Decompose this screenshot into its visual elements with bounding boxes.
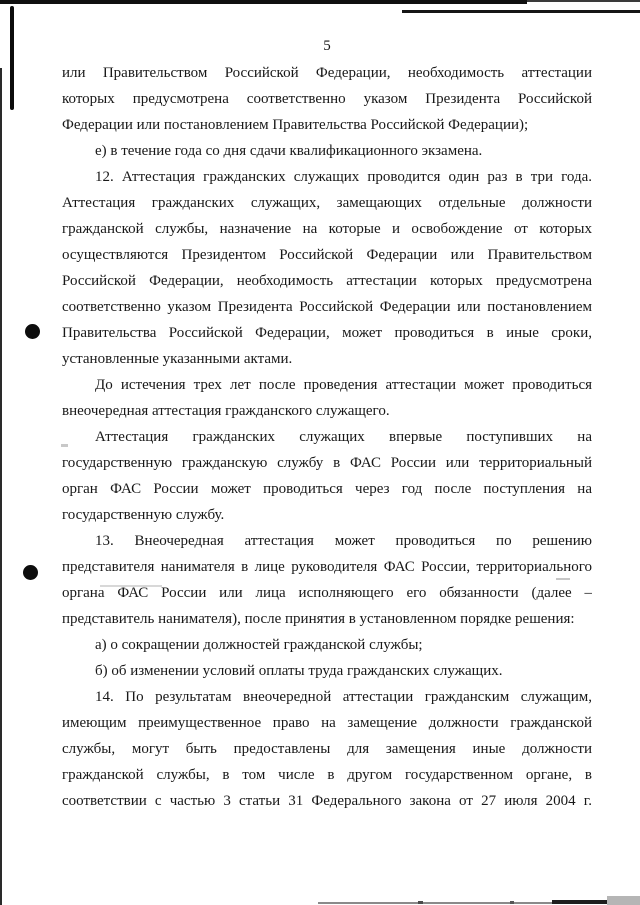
text-line: Аттестация гражданских служащих впервые … bbox=[62, 424, 592, 450]
text-line: Правительства Российской Федерации, може… bbox=[62, 320, 592, 346]
text-line: Аттестация гражданских служащих, замещаю… bbox=[62, 190, 592, 216]
page-number: 5 bbox=[62, 38, 592, 55]
scan-bottom-dark-segment bbox=[552, 900, 608, 904]
scan-left-corner-mark bbox=[10, 6, 14, 110]
scan-bottom-tick bbox=[418, 901, 423, 904]
text-line: а) о сокращении должностей гражданской с… bbox=[62, 632, 592, 658]
scan-top-right-line bbox=[402, 10, 640, 13]
text-line: 14. По результатам внеочередной аттестац… bbox=[62, 684, 592, 710]
text-line: Российской Федерации, необходимость атте… bbox=[62, 268, 592, 294]
text-line: осуществляются Президентом Российской Фе… bbox=[62, 242, 592, 268]
scan-noise-speck bbox=[100, 585, 162, 587]
text-line: внеочередная аттестация гражданского слу… bbox=[62, 398, 592, 424]
text-line: гражданской службы, назначение на которы… bbox=[62, 216, 592, 242]
scan-bottom-tick bbox=[510, 901, 514, 904]
text-line: 12. Аттестация гражданских служащих пров… bbox=[62, 164, 592, 190]
punch-hole-top bbox=[25, 324, 40, 339]
text-line: соответствии с частью 3 статьи 31 Федера… bbox=[62, 788, 592, 814]
text-line: соответственно указом Президента Российс… bbox=[62, 294, 592, 320]
text-line: До истечения трех лет после проведения а… bbox=[62, 372, 592, 398]
text-line: Федерации или постановлением Правительст… bbox=[62, 112, 592, 138]
text-line: представитель нанимателя), после приняти… bbox=[62, 606, 592, 632]
text-line: государственную гражданскую службу в ФАС… bbox=[62, 450, 592, 476]
text-line: имеющим преимущественное право на замеще… bbox=[62, 710, 592, 736]
text-line: или Правительством Российской Федерации,… bbox=[62, 60, 592, 86]
text-line: государственную службу. bbox=[62, 502, 592, 528]
text-line: б) об изменении условий оплаты труда гра… bbox=[62, 658, 592, 684]
text-line: органа ФАС России или лица исполняющего … bbox=[62, 580, 592, 606]
scan-noise-speck bbox=[61, 444, 68, 447]
scan-left-edge-line bbox=[0, 68, 2, 905]
text-line: е) в течение года со дня сдачи квалифика… bbox=[62, 138, 592, 164]
scan-top-edge-bar bbox=[0, 0, 527, 4]
text-line: представителя нанимателя в лице руководи… bbox=[62, 554, 592, 580]
text-line: гражданской службы, в том числе в другом… bbox=[62, 762, 592, 788]
scan-noise-speck bbox=[556, 578, 570, 580]
document-text: или Правительством Российской Федерации,… bbox=[62, 60, 592, 814]
text-line: орган ФАС России может проводиться через… bbox=[62, 476, 592, 502]
text-line: которых предусмотрена соответственно ука… bbox=[62, 86, 592, 112]
scan-bottom-right-mark bbox=[607, 896, 640, 905]
punch-hole-bottom bbox=[23, 565, 38, 580]
text-line: установленные указанными актами. bbox=[62, 346, 592, 372]
document-page: 5 или Правительством Российской Федераци… bbox=[0, 0, 640, 905]
text-line: 13. Внеочередная аттестация может провод… bbox=[62, 528, 592, 554]
text-line: службы, могут быть предоставлены для зам… bbox=[62, 736, 592, 762]
